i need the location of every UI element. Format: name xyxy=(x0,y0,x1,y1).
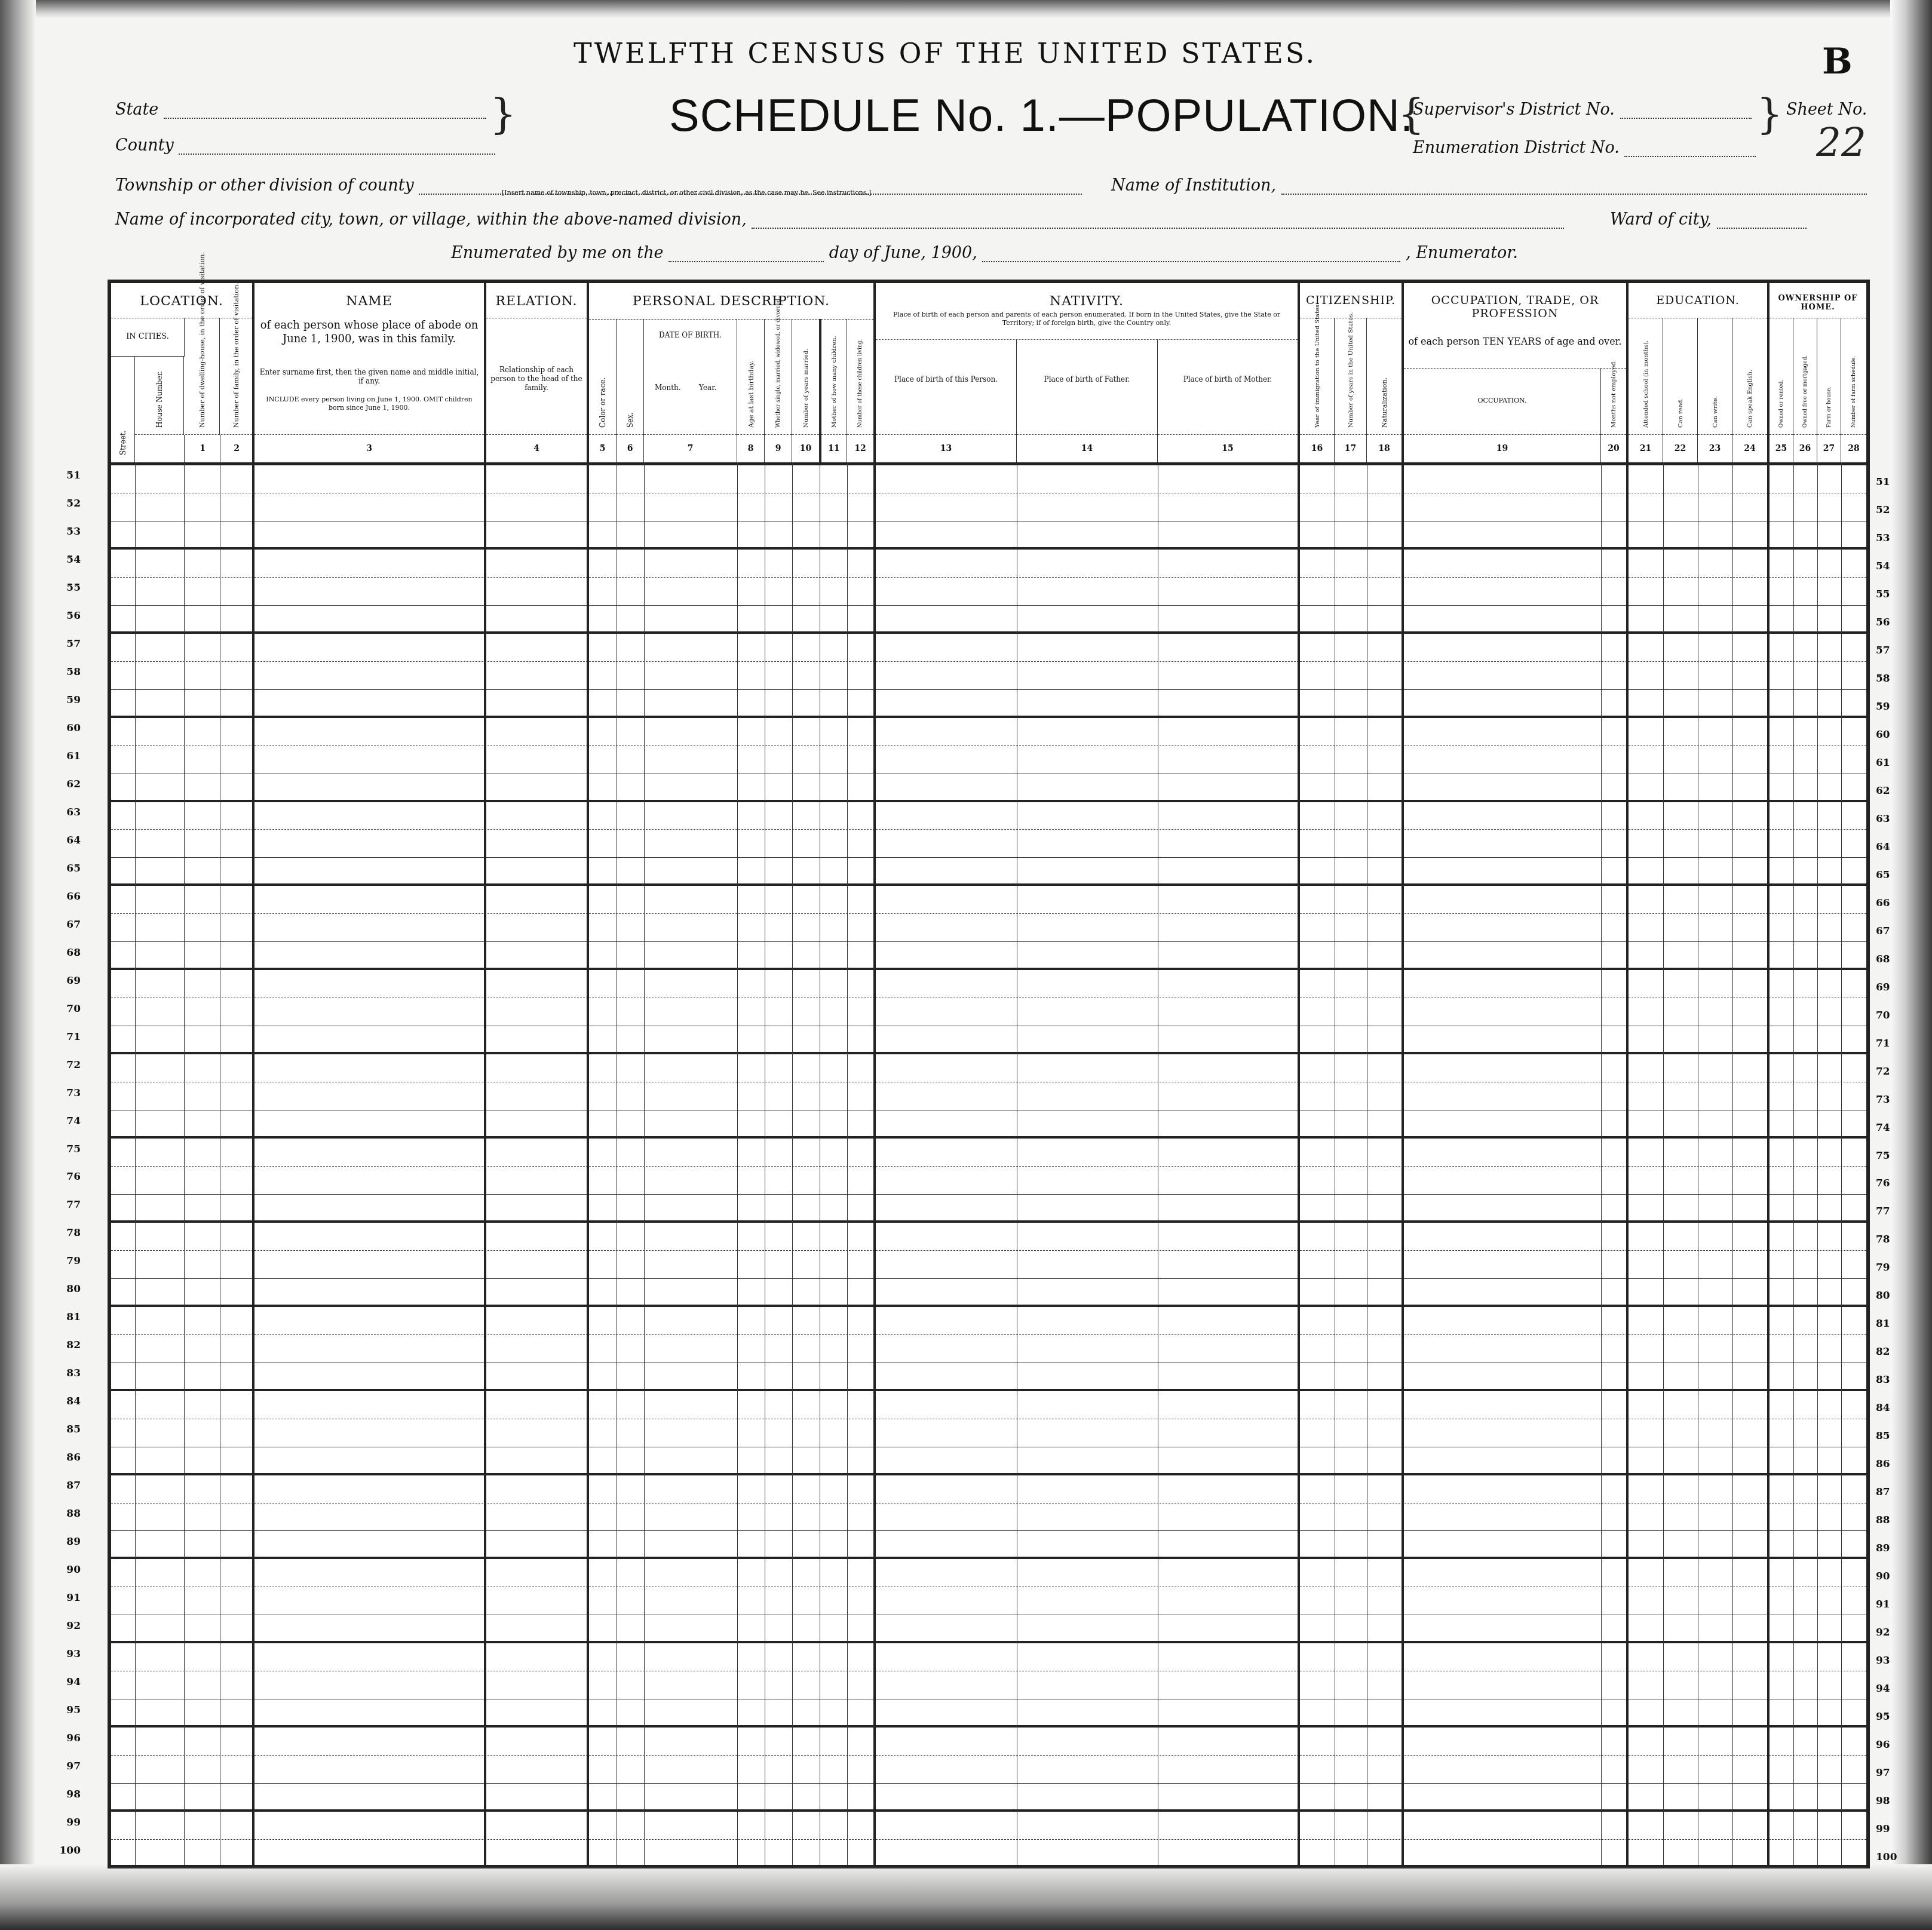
city-field[interactable]: Name of incorporated city, town, or vill… xyxy=(115,210,1564,229)
row-number-right: 61 xyxy=(1876,757,1900,769)
row-number: 74 xyxy=(57,1115,81,1127)
grid-line xyxy=(765,462,765,1865)
enumeration-district-value[interactable] xyxy=(1624,156,1756,157)
row-number: 72 xyxy=(57,1059,81,1071)
table-row[interactable] xyxy=(111,550,1866,578)
row-number: 83 xyxy=(57,1367,81,1379)
row-number: 92 xyxy=(57,1620,81,1632)
table-row[interactable] xyxy=(111,1447,1866,1475)
row-number: 58 xyxy=(57,666,81,678)
city-value[interactable] xyxy=(752,228,1564,229)
row-number: 55 xyxy=(57,582,81,594)
table-row[interactable] xyxy=(111,942,1866,970)
row-number: 64 xyxy=(57,834,81,846)
table-row[interactable] xyxy=(111,858,1866,886)
section-name: NAME of each person whose place of abode… xyxy=(254,283,486,462)
row-number-right: 71 xyxy=(1876,1038,1900,1050)
section-occupation: OCCUPATION, TRADE, OR PROFESSION of each… xyxy=(1404,283,1629,462)
row-number: 57 xyxy=(57,638,81,650)
row-number: 66 xyxy=(57,891,81,903)
table-row[interactable] xyxy=(111,465,1866,493)
table-row[interactable] xyxy=(111,830,1866,858)
brace-supervisor-open: { xyxy=(1398,90,1425,139)
section-relation: RELATION. Relationship of each person to… xyxy=(486,283,589,462)
row-number: 75 xyxy=(57,1143,81,1155)
table-row[interactable] xyxy=(111,1784,1866,1812)
supervisor-district-field[interactable]: Supervisor's District No. xyxy=(1413,100,1752,119)
table-row[interactable] xyxy=(111,1195,1866,1223)
row-number-right: 83 xyxy=(1876,1374,1900,1386)
table-row[interactable] xyxy=(111,1391,1866,1419)
table-row[interactable] xyxy=(111,578,1866,606)
row-number-right: 69 xyxy=(1876,981,1900,993)
row-number: 96 xyxy=(57,1732,81,1744)
table-row[interactable] xyxy=(111,634,1866,662)
row-number-right: 68 xyxy=(1876,953,1900,965)
row-number-right: 87 xyxy=(1876,1486,1900,1498)
row-number-right: 55 xyxy=(1876,588,1900,600)
table-row[interactable] xyxy=(111,1139,1866,1167)
scan-edge-bottom xyxy=(0,1864,1932,1930)
table-row[interactable] xyxy=(111,1475,1866,1504)
nativity-title: NATIVITY. xyxy=(876,294,1298,309)
table-row[interactable] xyxy=(111,1335,1866,1363)
col-marital-status: Whether single, married, widowed, or div… xyxy=(765,319,792,462)
col-attended-school: Attended school (in months).21 xyxy=(1629,318,1663,462)
table-row[interactable] xyxy=(111,886,1866,914)
section-nativity: NATIVITY. Place of birth of each person … xyxy=(876,283,1300,462)
row-number-right: 76 xyxy=(1876,1177,1900,1189)
col-can-read: Can read.22 xyxy=(1663,318,1698,462)
section-personal-description: PERSONAL DESCRIPTION. Color or race.5 Se… xyxy=(589,283,876,462)
table-row[interactable] xyxy=(111,1167,1866,1195)
row-number-right: 99 xyxy=(1876,1823,1900,1835)
col-birth-father: Place of birth of Father. 14 xyxy=(1017,339,1158,462)
ownership-title: OWNERSHIP OF HOME. xyxy=(1770,294,1866,312)
row-number-right: 60 xyxy=(1876,729,1900,741)
ward-value[interactable] xyxy=(1717,228,1807,229)
grid-line-thick xyxy=(1402,462,1404,1865)
grid-line xyxy=(1793,462,1794,1865)
row-number: 81 xyxy=(57,1311,81,1323)
row-number: 51 xyxy=(57,470,81,481)
col-birth-person: Place of birth of this Person. 13 xyxy=(876,339,1017,462)
row-number-right: 54 xyxy=(1876,560,1900,572)
table-row[interactable] xyxy=(111,521,1866,550)
row-number-right: 89 xyxy=(1876,1542,1900,1554)
row-number: 94 xyxy=(57,1676,81,1688)
section-ownership: OWNERSHIP OF HOME. Owned or rented.25 Ow… xyxy=(1770,283,1866,462)
section-citizenship: CITIZENSHIP. Year of immigration to the … xyxy=(1300,283,1404,462)
grid-line-thick xyxy=(587,462,589,1865)
table-row[interactable] xyxy=(111,1531,1866,1559)
education-title: EDUCATION. xyxy=(1629,294,1767,307)
table-row[interactable] xyxy=(111,1559,1866,1587)
grid-line-thick xyxy=(1298,462,1300,1865)
grid-line xyxy=(220,462,220,1865)
form-letter: B xyxy=(1822,41,1853,82)
col-house-number: House Number. xyxy=(135,356,184,435)
row-number: 54 xyxy=(57,554,81,566)
row-number-right: 70 xyxy=(1876,1010,1900,1021)
table-row[interactable] xyxy=(111,718,1866,746)
row-number-right: 81 xyxy=(1876,1318,1900,1330)
table-header: LOCATION. IN CITIES. Street. House Numbe… xyxy=(111,283,1866,462)
row-number-right: 91 xyxy=(1876,1598,1900,1610)
table-row[interactable] xyxy=(111,1671,1866,1699)
scan-edge-left xyxy=(0,0,36,1930)
brace-supervisor-close: } xyxy=(1756,90,1783,139)
grid-line xyxy=(1698,462,1698,1865)
row-number: 61 xyxy=(57,750,81,762)
table-body xyxy=(111,462,1866,1868)
row-number: 56 xyxy=(57,610,81,622)
col-children-living: Number of these children living.12 xyxy=(847,319,873,462)
row-number-right: 85 xyxy=(1876,1430,1900,1442)
col-color: Color or race.5 xyxy=(589,319,617,462)
grid-line-thick xyxy=(1767,462,1770,1865)
county-field[interactable]: County xyxy=(115,136,495,155)
county-value[interactable] xyxy=(179,154,495,155)
supervisor-district-value[interactable] xyxy=(1620,118,1752,119)
row-number-right: 94 xyxy=(1876,1683,1900,1695)
row-number-right: 95 xyxy=(1876,1711,1900,1723)
table-row[interactable] xyxy=(111,774,1866,802)
table-row[interactable] xyxy=(111,746,1866,774)
brace-left: } xyxy=(490,90,517,139)
row-number-right: 59 xyxy=(1876,701,1900,713)
table-row[interactable] xyxy=(111,1615,1866,1643)
row-number-right: 79 xyxy=(1876,1262,1900,1274)
row-number: 89 xyxy=(57,1536,81,1548)
institution-field[interactable]: Name of Institution, xyxy=(1111,176,1867,195)
grid-line xyxy=(1601,462,1602,1865)
row-number-right: 100 xyxy=(1876,1851,1900,1863)
col-birth-mother: Place of birth of Mother. 15 xyxy=(1158,339,1298,462)
row-number-right: 80 xyxy=(1876,1290,1900,1302)
row-number-right: 92 xyxy=(1876,1627,1900,1638)
row-number: 69 xyxy=(57,975,81,987)
sheet-no-value[interactable]: 22 xyxy=(1816,119,1866,165)
grid-line-thick xyxy=(252,462,254,1865)
grid-line xyxy=(1841,462,1842,1865)
col-immigration-year: Year of immigration to the United States… xyxy=(1300,318,1335,462)
row-number: 53 xyxy=(57,526,81,538)
institution-value[interactable] xyxy=(1281,194,1867,195)
scan-edge-top xyxy=(0,0,1932,18)
col-date-of-birth: DATE OF BIRTH. Month. Year. 7 xyxy=(644,319,737,462)
sheet-no-label: Sheet No. xyxy=(1786,100,1867,119)
schedule-title: SCHEDULE No. 1.—POPULATION. xyxy=(669,90,1413,142)
enumerator-value[interactable] xyxy=(982,261,1400,262)
enumerated-field[interactable]: Enumerated by me on the day of June, 190… xyxy=(451,244,1518,262)
row-number-right: 58 xyxy=(1876,673,1900,685)
state-value[interactable] xyxy=(164,118,486,119)
table-row[interactable] xyxy=(111,1587,1866,1615)
col-owned-free-or-mortgaged: Owned free or mortgaged.26 xyxy=(1793,318,1817,462)
col-farm-schedule-number: Number of farm schedule.28 xyxy=(1841,318,1866,462)
table-row[interactable] xyxy=(111,970,1866,998)
row-number-right: 93 xyxy=(1876,1655,1900,1667)
row-number-right: 73 xyxy=(1876,1094,1900,1106)
grid-line xyxy=(617,462,617,1865)
section-education: EDUCATION. Attended school (in months).2… xyxy=(1629,283,1770,462)
table-row[interactable] xyxy=(111,1504,1866,1532)
row-number: 84 xyxy=(57,1395,81,1407)
grid-line xyxy=(792,462,793,1865)
col-occupation: OCCUPATION. 19 xyxy=(1404,368,1601,462)
row-number: 70 xyxy=(57,1003,81,1015)
table-row[interactable] xyxy=(111,1307,1866,1335)
table-row[interactable] xyxy=(111,802,1866,830)
row-number-right: 86 xyxy=(1876,1458,1900,1470)
col-family-number: Number of family, in the order of visita… xyxy=(220,318,252,435)
row-number-right: 53 xyxy=(1876,532,1900,544)
grid-line xyxy=(644,462,645,1865)
col-sex: Sex.6 xyxy=(617,319,644,462)
occupation-title: OCCUPATION, TRADE, OR PROFESSION xyxy=(1410,294,1620,320)
table-row[interactable] xyxy=(111,690,1866,718)
col-street: Street. xyxy=(111,356,135,462)
grid-line-thick xyxy=(1626,462,1629,1865)
row-number: 100 xyxy=(57,1845,81,1857)
table-row[interactable] xyxy=(111,1840,1866,1868)
grid-line xyxy=(135,462,136,1865)
grid-line xyxy=(184,462,185,1865)
row-number-right: 57 xyxy=(1876,645,1900,656)
row-number-right: 84 xyxy=(1876,1402,1900,1414)
row-number: 88 xyxy=(57,1508,81,1520)
row-number-right: 82 xyxy=(1876,1346,1900,1358)
row-number-right: 75 xyxy=(1876,1150,1900,1162)
row-number-right: 78 xyxy=(1876,1234,1900,1245)
table-row[interactable] xyxy=(111,493,1866,521)
grid-line xyxy=(820,462,820,1865)
grid-line xyxy=(1817,462,1818,1865)
row-number: 98 xyxy=(57,1788,81,1800)
table-row[interactable] xyxy=(111,1223,1866,1251)
row-number: 86 xyxy=(57,1452,81,1463)
table-row[interactable] xyxy=(111,1363,1866,1391)
enumerated-day-value[interactable] xyxy=(668,261,824,262)
row-number: 63 xyxy=(57,806,81,818)
row-number: 52 xyxy=(57,498,81,510)
grid-line xyxy=(847,462,848,1865)
row-number: 77 xyxy=(57,1199,81,1211)
row-number-right: 56 xyxy=(1876,616,1900,628)
table-row[interactable] xyxy=(111,1251,1866,1279)
row-number: 78 xyxy=(57,1227,81,1239)
grid-line-thick xyxy=(484,462,486,1865)
table-row[interactable] xyxy=(111,1419,1866,1447)
table-row[interactable] xyxy=(111,1279,1866,1307)
row-number-right: 98 xyxy=(1876,1795,1900,1807)
row-number: 68 xyxy=(57,947,81,959)
row-number: 73 xyxy=(57,1087,81,1099)
row-number-right: 65 xyxy=(1876,869,1900,881)
row-number: 59 xyxy=(57,694,81,706)
row-number: 97 xyxy=(57,1760,81,1772)
row-number: 80 xyxy=(57,1283,81,1295)
row-number-right: 67 xyxy=(1876,925,1900,937)
row-number-right: 51 xyxy=(1876,476,1900,488)
row-number-right: 90 xyxy=(1876,1570,1900,1582)
row-number-right: 88 xyxy=(1876,1514,1900,1526)
row-number: 79 xyxy=(57,1255,81,1267)
col-age: Age at last birthday.8 xyxy=(737,319,765,462)
row-number: 91 xyxy=(57,1592,81,1604)
section-location: LOCATION. IN CITIES. Street. House Numbe… xyxy=(111,283,254,462)
location-title: LOCATION. xyxy=(111,294,252,309)
grid-line-thick xyxy=(873,462,876,1865)
row-number-right: 77 xyxy=(1876,1205,1900,1217)
row-number-right: 74 xyxy=(1876,1122,1900,1134)
grid-line xyxy=(1367,462,1367,1865)
table-row[interactable] xyxy=(111,662,1866,690)
ward-field[interactable]: Ward of city, xyxy=(1610,210,1807,229)
table-row[interactable] xyxy=(111,1756,1866,1784)
row-number-right: 63 xyxy=(1876,813,1900,825)
col-farm-or-house: Farm or house.27 xyxy=(1817,318,1841,462)
grid-line xyxy=(1017,462,1017,1865)
row-number: 95 xyxy=(57,1704,81,1716)
name-title: NAME xyxy=(254,294,484,309)
grid-line xyxy=(1663,462,1664,1865)
grid-line xyxy=(737,462,738,1865)
row-number: 62 xyxy=(57,778,81,790)
col-mother-of-children: Mother of how many children.11 xyxy=(820,319,847,462)
col-years-in-us: Number of years in the United States.17 xyxy=(1335,318,1367,462)
row-number-right: 64 xyxy=(1876,841,1900,853)
col-months-not-employed: Months not employed.20 xyxy=(1601,368,1626,462)
population-schedule-table: LOCATION. IN CITIES. Street. House Numbe… xyxy=(108,280,1870,1868)
row-number-right: 97 xyxy=(1876,1767,1900,1779)
row-number: 85 xyxy=(57,1423,81,1435)
row-number-right: 66 xyxy=(1876,897,1900,909)
col-can-write: Can write.23 xyxy=(1698,318,1732,462)
table-row[interactable] xyxy=(111,998,1866,1026)
personal-title: PERSONAL DESCRIPTION. xyxy=(589,294,873,309)
table-row[interactable] xyxy=(111,1110,1866,1139)
table-row[interactable] xyxy=(111,1699,1866,1728)
col-naturalization: Naturalization.18 xyxy=(1367,318,1402,462)
census-title: TWELFTH CENSUS OF THE UNITED STATES. xyxy=(574,37,1317,69)
row-number-right: 72 xyxy=(1876,1066,1900,1078)
state-field[interactable]: State xyxy=(115,100,486,119)
row-number-right: 62 xyxy=(1876,785,1900,797)
table-row[interactable] xyxy=(111,1082,1866,1110)
row-number: 93 xyxy=(57,1648,81,1660)
table-row[interactable] xyxy=(111,1728,1866,1756)
table-row[interactable] xyxy=(111,1643,1866,1671)
table-row[interactable] xyxy=(111,1054,1866,1082)
row-number: 71 xyxy=(57,1031,81,1043)
grid-line xyxy=(1335,462,1335,1865)
table-row[interactable] xyxy=(111,1812,1866,1840)
grid-line xyxy=(1158,462,1158,1865)
table-row[interactable] xyxy=(111,1026,1866,1054)
enumeration-district-field[interactable]: Enumeration District No. xyxy=(1413,139,1756,157)
table-row[interactable] xyxy=(111,914,1866,942)
row-number: 76 xyxy=(57,1171,81,1183)
grid-line xyxy=(1732,462,1733,1865)
col-can-speak-english: Can speak English.24 xyxy=(1732,318,1767,462)
township-instruction: [Insert name of township, town, precinct… xyxy=(502,189,871,197)
row-number-right: 52 xyxy=(1876,504,1900,516)
col-dwelling-number: Number of dwelling-house, in the order o… xyxy=(184,318,220,435)
col-owned-or-rented: Owned or rented.25 xyxy=(1770,318,1793,462)
row-number: 82 xyxy=(57,1339,81,1351)
table-row[interactable] xyxy=(111,606,1866,634)
row-number: 99 xyxy=(57,1817,81,1828)
row-number: 60 xyxy=(57,722,81,734)
in-cities-label: IN CITIES. xyxy=(111,318,185,357)
row-number: 90 xyxy=(57,1564,81,1576)
row-number-right: 96 xyxy=(1876,1739,1900,1751)
relation-title: RELATION. xyxy=(486,294,587,309)
row-number: 87 xyxy=(57,1480,81,1492)
row-number: 65 xyxy=(57,863,81,875)
col-years-married: Number of years married.10 xyxy=(792,319,820,462)
row-number: 67 xyxy=(57,919,81,931)
